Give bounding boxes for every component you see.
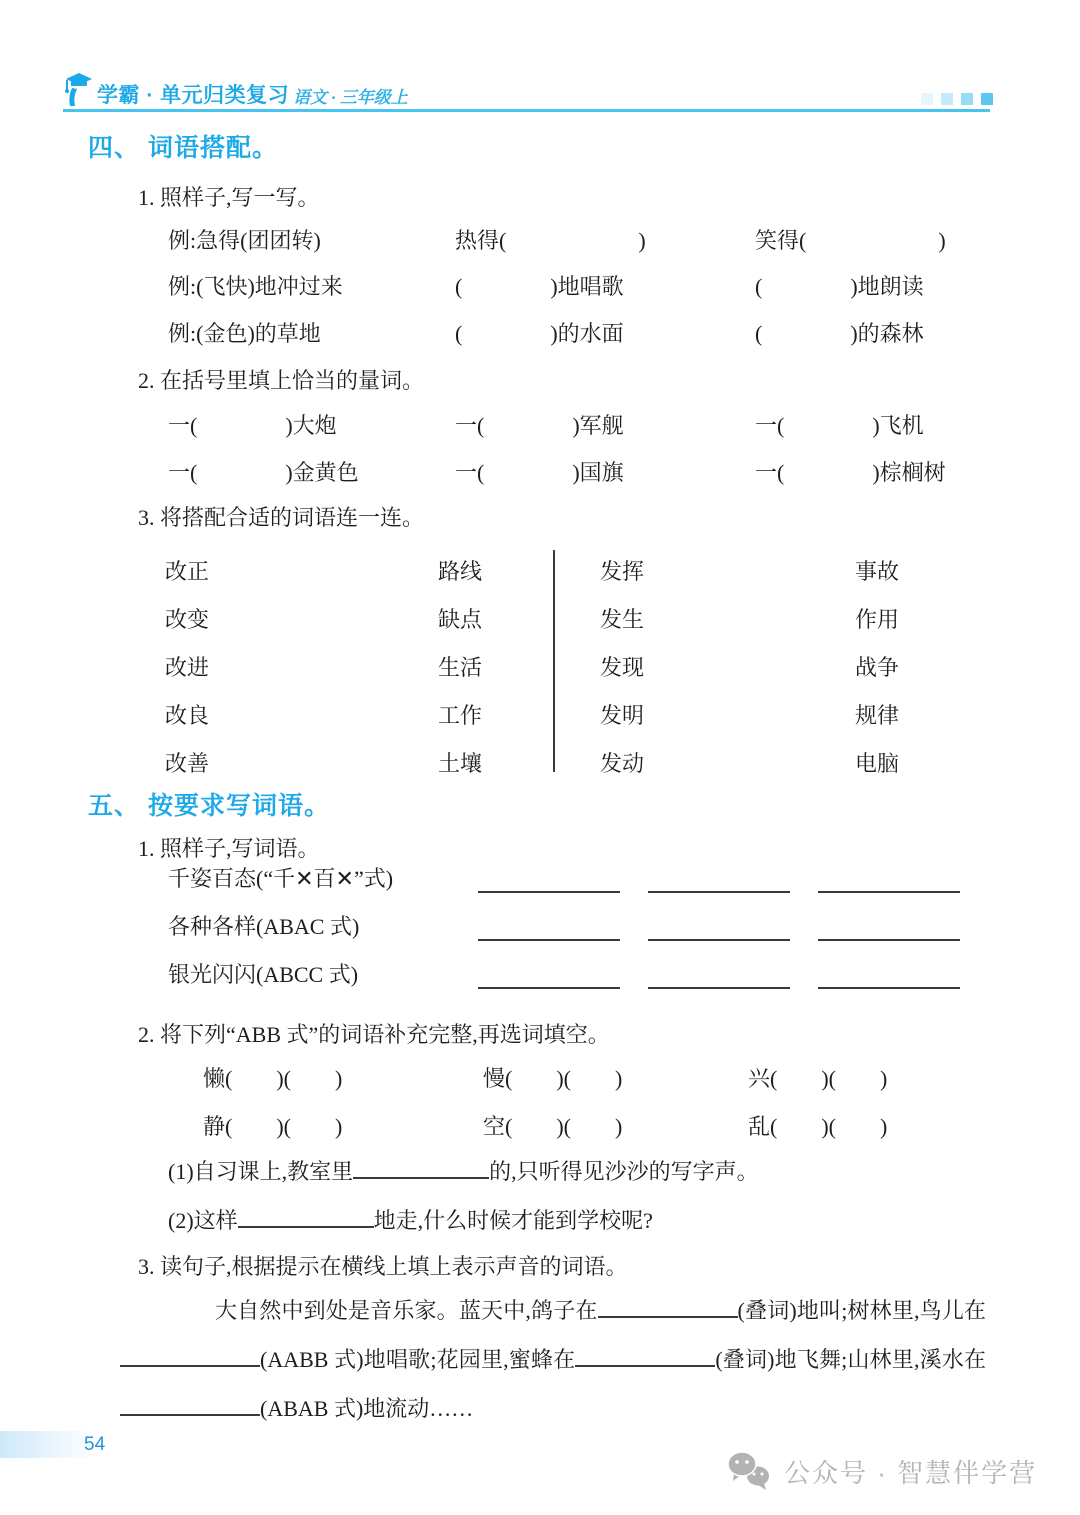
- decor-square: [941, 93, 953, 105]
- match-column-3: 发挥 发生 发现 发明 发动: [600, 548, 644, 788]
- answer-blank: [238, 1204, 374, 1228]
- pattern-prompt: 银光闪闪(ABCC 式): [168, 958, 478, 989]
- answer-blank: [575, 1343, 715, 1367]
- fill-phrase: 一( )金黄色: [168, 456, 455, 487]
- abb-item: 懒( )( ): [203, 1062, 483, 1093]
- match-word: 改进: [165, 644, 209, 692]
- match-word: 路线: [438, 548, 482, 596]
- s4-q1-row: 例:(金色)的草地 ( )的水面 ( )的森林: [168, 317, 1013, 348]
- match-word: 发动: [600, 740, 644, 788]
- graduation-cap-icon: [58, 70, 96, 108]
- match-word: 生活: [438, 644, 482, 692]
- decor-square: [981, 93, 993, 105]
- pattern-prompt: 千姿百态(“千✕百✕”式): [168, 862, 478, 893]
- match-word: 改良: [165, 692, 209, 740]
- watermark-text: 公众号 · 智慧伴学营: [784, 1453, 1037, 1490]
- fill-phrase: ( )的水面: [455, 317, 755, 348]
- match-word: 电脑: [855, 740, 899, 788]
- match-word: 作用: [855, 596, 899, 644]
- passage-text: (叠词)地叫;树林里,鸟儿在: [738, 1298, 986, 1323]
- abb-item: 慢( )( ): [483, 1062, 748, 1093]
- s4-q1-label: 1. 照样子,写一写。: [138, 181, 320, 212]
- word-pattern-row: 千姿百态(“千✕百✕”式): [168, 862, 980, 893]
- abb-item: 静( )( ): [203, 1110, 483, 1141]
- match-word: 发生: [600, 596, 644, 644]
- example-text: 例:(飞快)地冲过来: [168, 270, 455, 301]
- fill-phrase: 热得( ): [455, 224, 755, 255]
- answer-blank: [478, 961, 620, 989]
- answer-blank: [120, 1343, 260, 1367]
- sentence-text: 地走,什么时候才能到学校呢?: [374, 1208, 653, 1233]
- match-word: 土壤: [438, 740, 482, 788]
- section-4-title: 四、 词语搭配。: [88, 128, 278, 164]
- abb-item: 空( )( ): [483, 1110, 748, 1141]
- abb-item: 兴( )( ): [748, 1062, 1003, 1093]
- fill-phrase: ( )的森林: [755, 317, 1013, 348]
- column-divider: [553, 550, 555, 772]
- series-title: 学霸 · 单元归类复习: [97, 79, 289, 109]
- match-word: 发挥: [600, 548, 644, 596]
- answer-blank: [818, 961, 960, 989]
- match-word: 发现: [600, 644, 644, 692]
- answer-blank: [478, 913, 620, 941]
- fill-phrase: 一( )大炮: [168, 409, 455, 440]
- abb-item: 乱( )( ): [748, 1110, 1003, 1141]
- fill-phrase: 一( )国旗: [455, 456, 755, 487]
- answer-blank: [353, 1155, 489, 1179]
- subject-grade: 语文 · 三年级上: [293, 83, 408, 108]
- passage-text: 大自然中到处是音乐家。蓝天中,鸽子在: [215, 1298, 598, 1323]
- fill-phrase: 笑得( ): [755, 224, 1013, 255]
- s5-q2-label: 2. 将下列“ABB 式”的词语补充完整,再选词填空。: [138, 1018, 610, 1049]
- match-word: 战争: [855, 644, 899, 692]
- s4-q1-row: 例:(飞快)地冲过来 ( )地唱歌 ( )地朗读: [168, 270, 1013, 301]
- answer-blank: [648, 865, 790, 893]
- fill-phrase: 一( )飞机: [755, 409, 1013, 440]
- passage-text: (叠词)地飞舞;山林里,溪水在: [715, 1347, 986, 1372]
- sentence-text: (1)自习课上,教室里: [168, 1159, 353, 1184]
- header-rule: [63, 109, 990, 112]
- decor-square: [921, 93, 933, 105]
- page-number: 54: [84, 1434, 105, 1456]
- match-word: 规律: [855, 692, 899, 740]
- answer-blank: [120, 1392, 260, 1416]
- match-word: 改善: [165, 740, 209, 788]
- abb-row: 静( )( ) 空( )( ) 乱( )( ): [203, 1110, 1003, 1141]
- fill-sentence-2: (2)这样地走,什么时候才能到学校呢?: [168, 1204, 653, 1235]
- example-text: 例:(金色)的草地: [168, 317, 455, 348]
- section-5-title: 五、 按要求写词语。: [88, 786, 330, 822]
- worksheet-page: 学霸 · 单元归类复习 语文 · 三年级上 四、 词语搭配。 1. 照样子,写一…: [0, 0, 1080, 1515]
- word-pattern-row: 各种各样(ABAC 式): [168, 910, 980, 941]
- watermark: 公众号 · 智慧伴学营: [726, 1450, 1037, 1492]
- match-word: 缺点: [438, 596, 482, 644]
- fill-phrase: 一( )军舰: [455, 409, 755, 440]
- s4-q2-row: 一( )大炮 一( )军舰 一( )飞机: [168, 409, 1013, 440]
- answer-blank: [598, 1294, 738, 1318]
- s4-q2-row: 一( )金黄色 一( )国旗 一( )棕榈树: [168, 456, 1013, 487]
- answer-blank: [648, 913, 790, 941]
- sentence-text: 的,只听得见沙沙的写字声。: [489, 1159, 759, 1184]
- answer-blank: [648, 961, 790, 989]
- fill-sentence-1: (1)自习课上,教室里的,只听得见沙沙的写字声。: [168, 1155, 759, 1186]
- match-word: 改正: [165, 548, 209, 596]
- pattern-prompt: 各种各样(ABAC 式): [168, 910, 478, 941]
- s4-q3-label: 3. 将搭配合适的词语连一连。: [138, 501, 424, 532]
- s4-q2-label: 2. 在括号里填上恰当的量词。: [138, 364, 424, 395]
- s5-q3-label: 3. 读句子,根据提示在横线上填上表示声音的词语。: [138, 1250, 628, 1281]
- match-word: 发明: [600, 692, 644, 740]
- match-column-1: 改正 改变 改进 改良 改善: [165, 548, 209, 788]
- sentence-text: (2)这样: [168, 1208, 238, 1233]
- answer-blank: [478, 865, 620, 893]
- match-column-4: 事故 作用 战争 规律 电脑: [855, 548, 899, 788]
- decor-square: [961, 93, 973, 105]
- fill-phrase: ( )地唱歌: [455, 270, 755, 301]
- fill-phrase: ( )地朗读: [755, 270, 1013, 301]
- s5-q1-label: 1. 照样子,写词语。: [138, 832, 320, 863]
- passage-text: (AABB 式)地唱歌;花园里,蜜蜂在: [260, 1347, 575, 1372]
- s4-q1-row: 例:急得(团团转) 热得( ) 笑得( ): [168, 224, 1013, 255]
- example-text: 例:急得(团团转): [168, 224, 455, 255]
- passage-paragraph: 大自然中到处是音乐家。蓝天中,鸽子在(叠词)地叫;树林里,鸟儿在(AABB 式)…: [120, 1286, 986, 1433]
- wechat-icon: [726, 1450, 772, 1492]
- passage-text: (ABAB 式)地流动……: [260, 1396, 473, 1421]
- match-word: 工作: [438, 692, 482, 740]
- answer-blank: [818, 913, 960, 941]
- fill-phrase: 一( )棕榈树: [755, 456, 1013, 487]
- match-column-2: 路线 缺点 生活 工作 土壤: [438, 548, 482, 788]
- page-number-band: [0, 1431, 96, 1458]
- match-word: 事故: [855, 548, 899, 596]
- word-pattern-row: 银光闪闪(ABCC 式): [168, 958, 980, 989]
- abb-row: 懒( )( ) 慢( )( ) 兴( )( ): [203, 1062, 1003, 1093]
- answer-blank: [818, 865, 960, 893]
- match-word: 改变: [165, 596, 209, 644]
